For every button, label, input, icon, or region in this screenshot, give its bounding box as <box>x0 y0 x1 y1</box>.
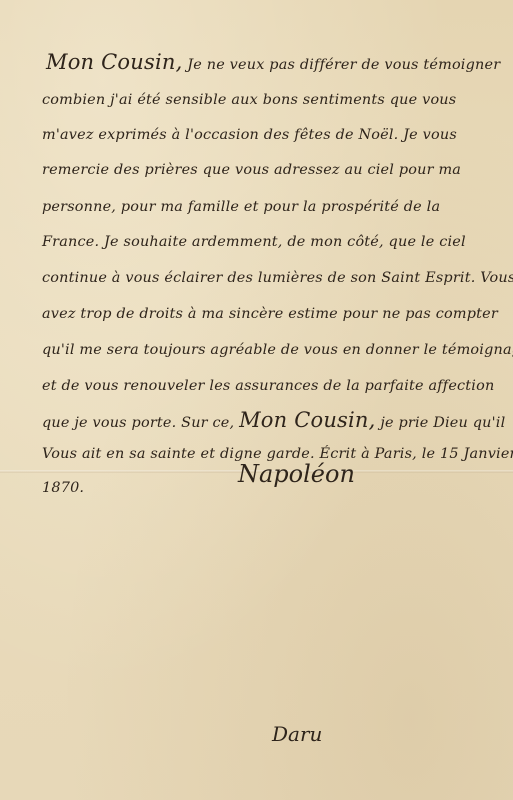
letter-line-3: m'avez exprimés à l'occasion des fêtes d… <box>42 127 457 143</box>
line-text: que je vous porte. Sur ce, <box>42 415 234 431</box>
line-text: m'avez exprimés à l'occasion des fêtes d… <box>42 127 457 143</box>
signature-napoleon: Napoléon <box>238 460 355 488</box>
line-text: combien j'ai été sensible aux bons senti… <box>42 92 456 108</box>
line-text: avez trop de droits à ma sincère estime … <box>42 306 498 322</box>
letter-line-7: continue à vous éclairer des lumières de… <box>42 270 513 286</box>
letter-line-11: que je vous porte. Sur ce, Mon Cousin, j… <box>42 408 505 432</box>
line-text: Je ne veux pas différer de vous témoigne… <box>187 57 500 73</box>
letter-line-6: France. Je souhaite ardemment, de mon cô… <box>42 234 466 250</box>
salutation: Mon Cousin, <box>46 50 182 74</box>
line-text: remercie des prières que vous adressez a… <box>42 162 461 178</box>
countersignature-daru: Daru <box>272 722 322 746</box>
line-text: je prie Dieu qu'il <box>380 415 505 431</box>
line-text: continue à vous éclairer des lumières de… <box>42 270 513 286</box>
letter-page: Mon Cousin, Je ne veux pas différer de v… <box>0 0 513 800</box>
letter-line-9: qu'il me sera toujours agréable de vous … <box>42 342 513 358</box>
line-text: et de vous renouveler les assurances de … <box>42 378 494 394</box>
letter-line-13: 1870. <box>42 480 84 496</box>
closing-salutation: Mon Cousin, <box>239 408 375 432</box>
letter-line-4: remercie des prières que vous adressez a… <box>42 162 461 178</box>
letter-line-10: et de vous renouveler les assurances de … <box>42 378 494 394</box>
line-text: 1870. <box>42 480 84 496</box>
letter-line-5: personne, pour ma famille et pour la pro… <box>42 199 440 215</box>
letter-line-8: avez trop de droits à ma sincère estime … <box>42 306 498 322</box>
line-text: personne, pour ma famille et pour la pro… <box>42 199 440 215</box>
letter-line-1: Mon Cousin, Je ne veux pas différer de v… <box>46 50 500 74</box>
letter-line-2: combien j'ai été sensible aux bons senti… <box>42 92 456 108</box>
line-text: France. Je souhaite ardemment, de mon cô… <box>42 234 466 250</box>
line-text: qu'il me sera toujours agréable de vous … <box>42 342 513 358</box>
